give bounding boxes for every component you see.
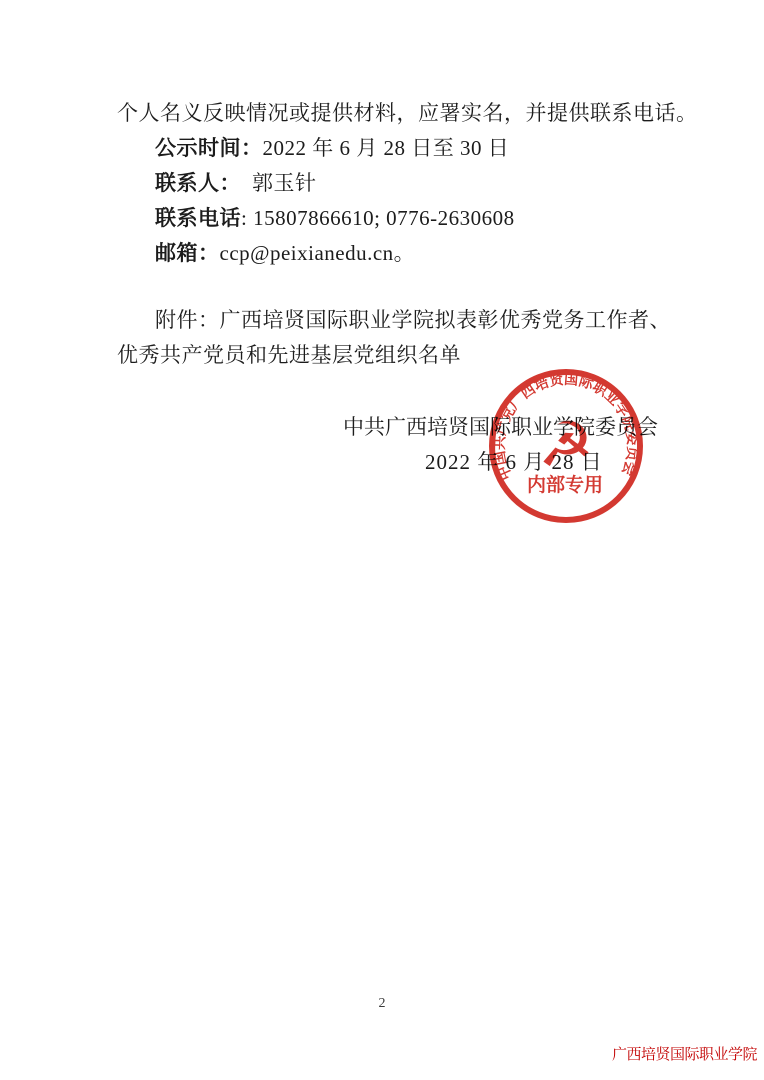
detail-label-contact-person: 联系人：	[155, 172, 231, 195]
detail-row-contact-phone: 联系电话: 15807866610; 0776-2630608	[155, 206, 515, 231]
hammer-and-sickle-icon: ☭	[538, 408, 594, 481]
detail-value-publicity-period: 2022 年 6 月 28 日至 30 日	[263, 136, 510, 160]
attachment-line-2: 优秀共产党员和先进基层党组织名单	[117, 343, 461, 367]
seal-bottom-text: 内部专用	[527, 473, 603, 496]
detail-row-email: 邮箱：ccp@peixianedu.cn。	[155, 241, 415, 266]
detail-row-contact-person: 联系人： 郭玉针	[155, 171, 317, 196]
detail-value-contact-phone: : 15807866610; 0776-2630608	[241, 206, 515, 230]
official-seal: 中国共产党广西培贤国际职业学院委员会 ☭ 内部专用	[486, 366, 646, 526]
detail-label-email: 邮箱：	[155, 242, 220, 265]
detail-value-contact-person: 郭玉针	[231, 171, 317, 195]
document-page: 个人名义反映情况或提供材料，应署实名，并提供联系电话。 公示时间：2022 年 …	[0, 0, 764, 1080]
intro-paragraph: 个人名义反映情况或提供材料，应署实名，并提供联系电话。	[117, 101, 698, 125]
detail-label-publicity-period: 公示时间：	[155, 137, 263, 160]
school-name-watermark: 广西培贤国际职业学院	[612, 1043, 757, 1064]
seal-graphic: 中国共产党广西培贤国际职业学院委员会 ☭ 内部专用	[486, 366, 646, 526]
detail-value-email: ccp@peixianedu.cn。	[220, 241, 416, 265]
attachment-line-1: 附件：广西培贤国际职业学院拟表彰优秀党务工作者、	[155, 308, 671, 332]
page-number: 2	[0, 996, 764, 1012]
detail-label-contact-phone: 联系电话	[155, 207, 241, 230]
detail-row-publicity-period: 公示时间：2022 年 6 月 28 日至 30 日	[155, 136, 509, 161]
